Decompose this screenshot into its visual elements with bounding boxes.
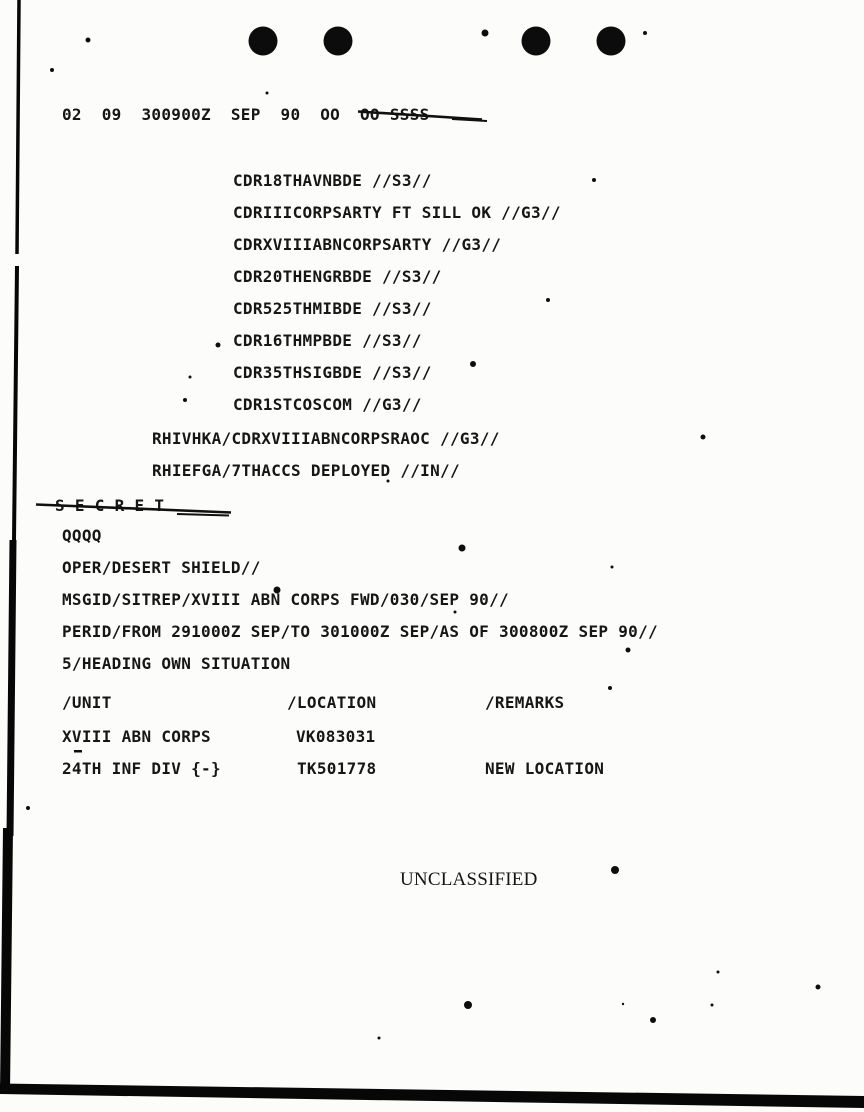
classification-secret-struck: S E C R E T bbox=[55, 496, 164, 515]
body-line: QQQQ bbox=[62, 526, 658, 558]
body-line: 5/HEADING OWN SITUATION bbox=[62, 654, 658, 686]
address-line: CDR35THSIGBDE //S3// bbox=[233, 363, 561, 395]
address-line: CDR525THMIBDE //S3// bbox=[233, 299, 561, 331]
bottom-scan-bar bbox=[0, 1084, 864, 1109]
address-line: CDR20THENGRBDE //S3// bbox=[233, 267, 561, 299]
table-row-unit: 24TH INF DIV {-} bbox=[62, 759, 221, 778]
routing-block: RHIVHKA/CDRXVIIIABNCORPSRAOC //G3// RHIE… bbox=[152, 429, 500, 493]
routing-line: RHIVHKA/CDRXVIIIABNCORPSRAOC //G3// bbox=[152, 429, 500, 461]
table-row-remarks: NEW LOCATION bbox=[485, 759, 604, 778]
body-line: OPER/DESERT SHIELD// bbox=[62, 558, 658, 590]
message-header-line: 02 09 300900Z SEP 90 OO OOSSSS bbox=[62, 105, 430, 124]
cdr-address-block: CDR18THAVNBDE //S3// CDRIIICORPSARTY FT … bbox=[233, 171, 561, 427]
page-edge-line bbox=[5, 0, 19, 1092]
address-line: CDR1STCOSCOM //G3// bbox=[233, 395, 561, 427]
address-line: CDR16THMPBDE //S3// bbox=[233, 331, 561, 363]
table-header-location: /LOCATION bbox=[287, 693, 376, 712]
address-line: CDRXVIIIABNCORPSARTY //G3// bbox=[233, 235, 561, 267]
table-header-remarks: /REMARKS bbox=[485, 693, 564, 712]
hole-punch-marks bbox=[249, 27, 626, 56]
address-line: CDR18THAVNBDE //S3// bbox=[233, 171, 561, 203]
table-row-location: VK083031 bbox=[296, 727, 375, 746]
routing-line: RHIEFGA/7THACCS DEPLOYED //IN// bbox=[152, 461, 500, 493]
body-line: PERID/FROM 291000Z SEP/TO 301000Z SEP/AS… bbox=[62, 622, 658, 654]
table-header-unit: /UNIT bbox=[62, 693, 112, 712]
header-struck-classification: SSSS bbox=[390, 105, 430, 124]
footer-classification: UNCLASSIFIED bbox=[400, 869, 538, 891]
address-line: CDRIIICORPSARTY FT SILL OK //G3// bbox=[233, 203, 561, 235]
table-row-location: TK501778 bbox=[297, 759, 376, 778]
message-header-prefix: 02 09 300900Z SEP 90 OO OO bbox=[62, 105, 380, 124]
scanned-document-page: 02 09 300900Z SEP 90 OO OOSSSS CDR18THAV… bbox=[0, 0, 864, 1112]
table-row-unit: XVIII ABN CORPS bbox=[62, 727, 211, 746]
body-line: MSGID/SITREP/XVIII ABN CORPS FWD/030/SEP… bbox=[62, 590, 658, 622]
message-body-block: QQQQ OPER/DESERT SHIELD// MSGID/SITREP/X… bbox=[62, 526, 658, 686]
